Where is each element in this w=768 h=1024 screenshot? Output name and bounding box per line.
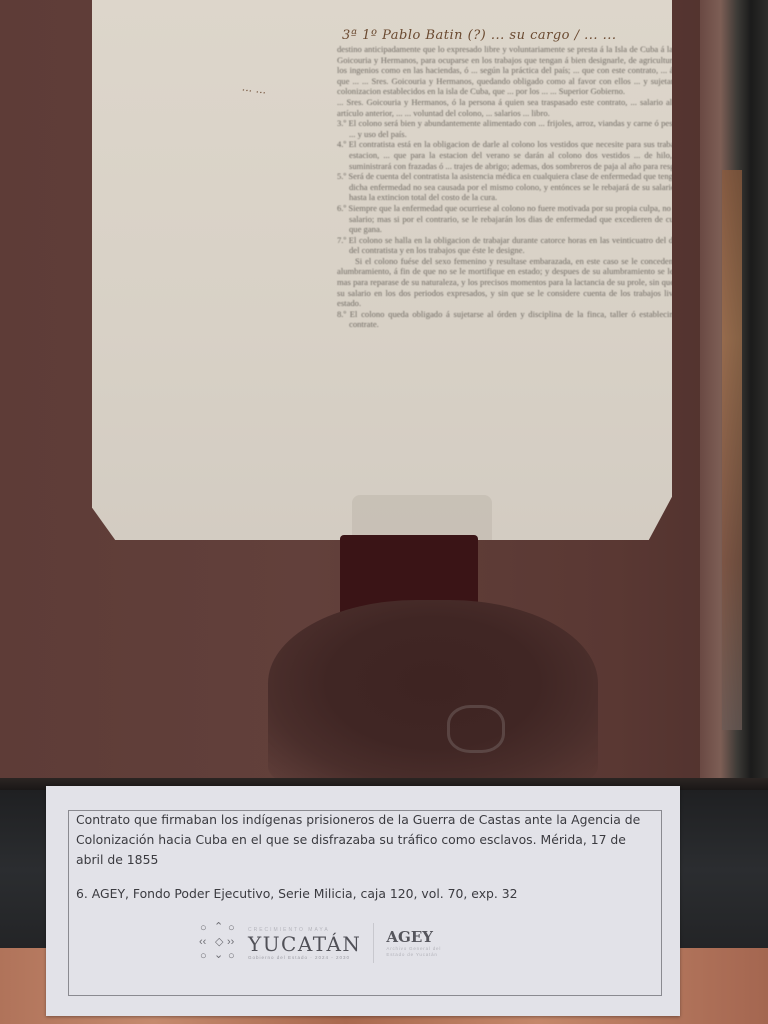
yucatan-logo-name: YUCATÁN xyxy=(248,933,361,955)
exhibit-label: Contrato que firmaban los indígenas pris… xyxy=(46,786,680,1016)
document-margin-note: ... ... xyxy=(241,80,267,96)
agey-logo-name: AGEY xyxy=(386,928,441,946)
label-caption: Contrato que firmaban los indígenas pris… xyxy=(76,810,656,870)
hand-reflection xyxy=(268,600,598,785)
logo-divider xyxy=(373,923,374,963)
agey-logo: AGEY Archivo General del Estado de Yucat… xyxy=(386,928,441,958)
historical-document: 3ª 1º Pablo Batin (?) ... su cargo / ...… xyxy=(92,0,672,540)
yucatan-emblem-icon: ○⌃○ ‹‹◇›› ○⌄○ xyxy=(200,923,240,963)
ring-reflection xyxy=(447,705,505,753)
document-handwritten-heading: 3ª 1º Pablo Batin (?) ... su cargo / ...… xyxy=(342,28,617,43)
yucatan-logo: Crecimiento Maya YUCATÁN Gobierno del Es… xyxy=(248,927,361,960)
logos: ○⌃○ ‹‹◇›› ○⌄○ Crecimiento Maya YUCATÁN G… xyxy=(200,918,441,968)
agey-logo-subtitle-2: Estado de Yucatán xyxy=(386,952,441,958)
display-case-side-reflection xyxy=(722,170,742,730)
yucatan-logo-subtitle: Gobierno del Estado · 2024 - 2030 xyxy=(248,955,350,960)
label-reference: 6. AGEY, Fondo Poder Ejecutivo, Serie Mi… xyxy=(76,886,518,901)
document-fold-mark xyxy=(352,495,492,540)
